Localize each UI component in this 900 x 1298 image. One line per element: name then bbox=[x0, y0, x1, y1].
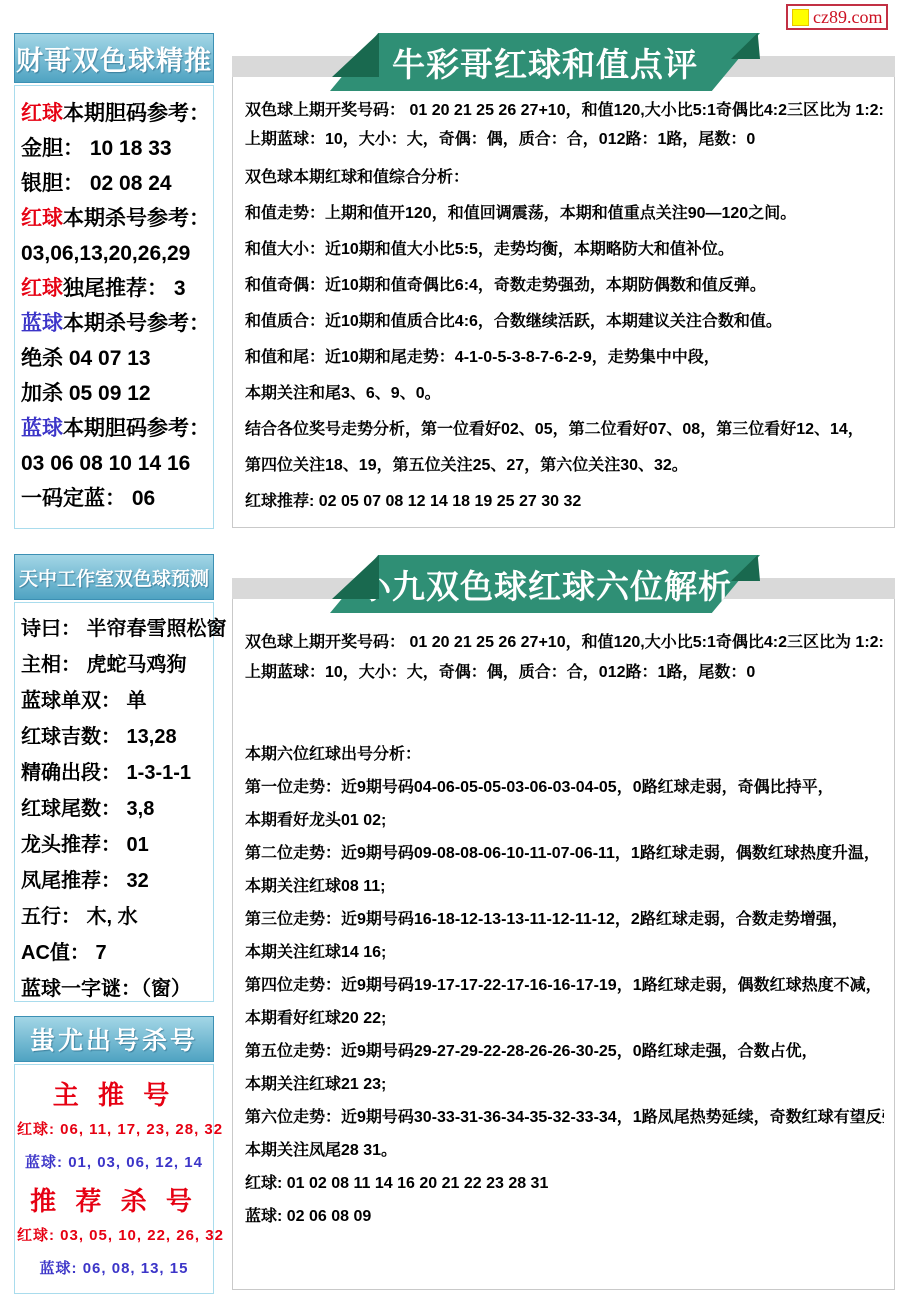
page: cz89.com 财哥双色球精推 红球本期胆码参考：金胆： 10 18 33银胆… bbox=[0, 0, 900, 1298]
prediction-line: 主相： 虎蛇马鸡狗 bbox=[21, 647, 211, 683]
analysis-line: 双色球本期红球和值综合分析： bbox=[245, 160, 884, 196]
text-segment: 03 06 08 10 14 16 bbox=[21, 452, 190, 475]
prediction-line: 推 荐 杀 号 bbox=[17, 1183, 211, 1219]
draw-summary-line: 双色球上期开奖号码： 01 20 21 25 26 27+10，和值120,大小… bbox=[245, 628, 884, 658]
prediction-line: 主 推 号 bbox=[17, 1077, 211, 1113]
text-segment: 红球: 03, 05, 10, 22, 26, 32 bbox=[17, 1227, 224, 1244]
prediction-line: 一码定蓝： 06 bbox=[21, 481, 209, 516]
analysis-line: 第四位走势：近9期号码19-17-17-22-17-16-16-17-19，1路… bbox=[245, 969, 884, 1002]
text-segment: 主相： 虎蛇马鸡狗 bbox=[21, 654, 187, 676]
prediction-line: 蓝球一字谜：（窗） bbox=[21, 971, 211, 1007]
prediction-line: 红球本期胆码参考： bbox=[21, 96, 209, 131]
text-segment: 和值和尾：近10期和尾走势：4-1-0-5-3-8-7-6-2-9，走势集中中段… bbox=[245, 349, 720, 366]
prediction-line: 龙头推荐： 01 bbox=[21, 827, 211, 863]
text-segment: 本期看好龙头01 02; bbox=[245, 812, 386, 829]
ribbon-fold-left-icon bbox=[332, 555, 379, 599]
text-segment: 金胆： 10 18 33 bbox=[21, 137, 172, 160]
text-segment: 蓝球: 02 06 08 09 bbox=[245, 1208, 371, 1225]
analysis-line: 第五位走势：近9期号码29-27-29-22-28-26-26-30-25，0路… bbox=[245, 1035, 884, 1068]
text-segment: 五行： 木, 水 bbox=[21, 906, 138, 928]
prediction-line: 红球本期杀号参考： bbox=[21, 201, 209, 236]
analysis-line: 和值和尾：近10期和尾走势：4-1-0-5-3-8-7-6-2-9，走势集中中段… bbox=[245, 340, 884, 376]
text-segment: 上期蓝球：10，大小：大，奇偶：偶，质合：合，012路：1路，尾数：0 bbox=[245, 131, 755, 148]
sum-value-analysis: 双色球本期红球和值综合分析：和值走势：上期和值开120，和值回调震荡，本期和值重… bbox=[245, 160, 884, 520]
prediction-line: 银胆： 02 08 24 bbox=[21, 166, 209, 201]
text-segment: 蓝球 bbox=[21, 312, 63, 335]
text-segment: 红球尾数： 3,8 bbox=[21, 798, 154, 820]
text-segment: 本期六位红球出号分析： bbox=[245, 746, 421, 763]
text-segment: 一码定蓝： 06 bbox=[21, 487, 155, 510]
panel-xiaojiu-jiexi: 小九双色球红球六位解析 双色球上期开奖号码： 01 20 21 25 26 27… bbox=[232, 555, 895, 1290]
prediction-line: 红球独尾推荐： 3 bbox=[21, 271, 209, 306]
text-segment: 蓝球: 06, 08, 13, 15 bbox=[40, 1260, 189, 1277]
text-segment: 推 荐 杀 号 bbox=[30, 1186, 198, 1216]
text-segment: 本期关注红球21 23; bbox=[245, 1076, 386, 1093]
text-segment: 龙头推荐： 01 bbox=[21, 834, 149, 856]
panel-caige-title: 财哥双色球精推 bbox=[14, 33, 214, 83]
draw-summary-line: 上期蓝球：10，大小：大，奇偶：偶，质合：合，012路：1路，尾数：0 bbox=[245, 125, 884, 154]
prediction-line: 红球: 06, 11, 17, 23, 28, 32 bbox=[17, 1113, 211, 1146]
text-segment: 本期关注和尾3、6、9、0。 bbox=[245, 385, 441, 402]
text-segment: 诗曰： 半帘春雪照松窗 bbox=[21, 618, 227, 640]
panel-niucaige-title: 牛彩哥红球和值点评 bbox=[330, 33, 760, 91]
text-segment: 独尾推荐： 3 bbox=[63, 277, 186, 300]
text-segment: 银胆： 02 08 24 bbox=[21, 172, 172, 195]
six-position-analysis: 本期六位红球出号分析：第一位走势：近9期号码04-06-05-05-03-06-… bbox=[245, 738, 884, 1233]
text-segment: 双色球上期开奖号码： 01 20 21 25 26 27+10，和值120,大小… bbox=[245, 634, 884, 651]
text-segment: 红球 bbox=[21, 207, 63, 230]
text-segment: 本期杀号参考： bbox=[63, 207, 210, 230]
prediction-line: 精确出段： 1-3-1-1 bbox=[21, 755, 211, 791]
panel-caige-jingtui: 财哥双色球精推 红球本期胆码参考：金胆： 10 18 33银胆： 02 08 2… bbox=[14, 33, 214, 529]
analysis-line: 本期关注红球21 23; bbox=[245, 1068, 884, 1101]
text-segment: 和值奇偶：近10期和值奇偶比6:4，奇数走势强劲，本期防偶数和值反弹。 bbox=[245, 277, 766, 294]
text-segment: 绝杀 04 07 13 bbox=[21, 347, 151, 370]
text-segment: 第一位走势：近9期号码04-06-05-05-03-06-03-04-05，0路… bbox=[245, 779, 834, 796]
analysis-line: 和值质合：近10期和值质合比4:6，合数继续活跃，本期建议关注合数和值。 bbox=[245, 304, 884, 340]
panel-xiaojiu-title: 小九双色球红球六位解析 bbox=[330, 555, 760, 613]
analysis-line: 第一位走势：近9期号码04-06-05-05-03-06-03-04-05，0路… bbox=[245, 771, 884, 804]
panel-chiyou-body: 主 推 号红球: 06, 11, 17, 23, 28, 32蓝球: 01, 0… bbox=[14, 1064, 214, 1294]
text-segment: 红球吉数： 13,28 bbox=[21, 726, 177, 748]
analysis-line: 和值走势：上期和值开120，和值回调震荡，本期和值重点关注90—120之间。 bbox=[245, 196, 884, 232]
text-segment: 第六位走势：近9期号码30-33-31-36-34-35-32-33-34，1路… bbox=[245, 1109, 884, 1126]
prediction-line: 蓝球: 01, 03, 06, 12, 14 bbox=[17, 1146, 211, 1179]
text-segment: 本期关注凤尾28 31。 bbox=[245, 1142, 397, 1159]
text-segment: 本期杀号参考： bbox=[63, 312, 210, 335]
yellow-square-icon bbox=[792, 9, 809, 26]
panel-niucaige-body: 双色球上期开奖号码： 01 20 21 25 26 27+10，和值120,大小… bbox=[232, 69, 895, 528]
ribbon-banner: 牛彩哥红球和值点评 bbox=[232, 33, 895, 91]
text-segment: 上期蓝球：10，大小：大，奇偶：偶，质合：合，012路：1路，尾数：0 bbox=[245, 664, 755, 681]
analysis-line: 第三位走势：近9期号码16-18-12-13-13-11-12-11-12，2路… bbox=[245, 903, 884, 936]
analysis-line: 和值大小：近10期和值大小比5:5，走势均衡，本期略防大和值补位。 bbox=[245, 232, 884, 268]
analysis-line: 本期关注和尾3、6、9、0。 bbox=[245, 376, 884, 412]
text-segment: 蓝球: 01, 03, 06, 12, 14 bbox=[25, 1154, 203, 1171]
analysis-line: 和值奇偶：近10期和值奇偶比6:4，奇数走势强劲，本期防偶数和值反弹。 bbox=[245, 268, 884, 304]
text-segment: 凤尾推荐： 32 bbox=[21, 870, 149, 892]
prediction-line: 凤尾推荐： 32 bbox=[21, 863, 211, 899]
prediction-line: 红球尾数： 3,8 bbox=[21, 791, 211, 827]
panel-tianzhong-body: 诗曰： 半帘春雪照松窗主相： 虎蛇马鸡狗蓝球单双： 单红球吉数： 13,28精确… bbox=[14, 602, 214, 1002]
text-segment: 本期胆码参考： bbox=[63, 102, 210, 125]
prediction-line: 蓝球本期胆码参考： bbox=[21, 411, 209, 446]
text-segment: 第三位走势：近9期号码16-18-12-13-13-11-12-11-12，2路… bbox=[245, 911, 848, 928]
site-logo-text: cz89.com bbox=[813, 8, 882, 26]
analysis-line: 蓝球: 02 06 08 09 bbox=[245, 1200, 884, 1233]
text-segment: 蓝球单双： 单 bbox=[21, 690, 147, 712]
panel-niucaige-dianping: 牛彩哥红球和值点评 双色球上期开奖号码： 01 20 21 25 26 27+1… bbox=[232, 33, 895, 528]
text-segment: 第四位走势：近9期号码19-17-17-22-17-16-16-17-19，1路… bbox=[245, 977, 882, 994]
panel-chiyou-shahao: 蚩尤出号杀号 主 推 号红球: 06, 11, 17, 23, 28, 32蓝球… bbox=[14, 1016, 214, 1294]
analysis-line: 红球推荐: 02 05 07 08 12 14 18 19 25 27 30 3… bbox=[245, 484, 884, 520]
panel-xiaojiu-body: 双色球上期开奖号码： 01 20 21 25 26 27+10，和值120,大小… bbox=[232, 591, 895, 1290]
text-segment: 红球: 06, 11, 17, 23, 28, 32 bbox=[17, 1121, 223, 1138]
analysis-line: 本期看好龙头01 02; bbox=[245, 804, 884, 837]
text-segment: 第四位关注18、19，第五位关注25、27，第六位关注30、32。 bbox=[245, 457, 688, 474]
last-draw-summary: 双色球上期开奖号码： 01 20 21 25 26 27+10，和值120,大小… bbox=[245, 96, 884, 154]
prediction-line: 蓝球: 06, 08, 13, 15 bbox=[17, 1252, 211, 1285]
prediction-line: 绝杀 04 07 13 bbox=[21, 341, 209, 376]
text-segment: 03,06,13,20,26,29 bbox=[21, 242, 190, 265]
text-segment: 第五位走势：近9期号码29-27-29-22-28-26-26-30-25，0路… bbox=[245, 1043, 818, 1060]
text-segment: 双色球上期开奖号码： 01 20 21 25 26 27+10，和值120,大小… bbox=[245, 102, 884, 119]
analysis-line: 本期关注凤尾28 31。 bbox=[245, 1134, 884, 1167]
panel-caige-body: 红球本期胆码参考：金胆： 10 18 33银胆： 02 08 24红球本期杀号参… bbox=[14, 85, 214, 529]
prediction-line: 诗曰： 半帘春雪照松窗 bbox=[21, 611, 211, 647]
analysis-line: 结合各位奖号走势分析，第一位看好02、05，第二位看好07、08，第三位看好12… bbox=[245, 412, 884, 448]
prediction-line: 金胆： 10 18 33 bbox=[21, 131, 209, 166]
analysis-line: 红球: 01 02 08 11 14 16 20 21 22 23 28 31 bbox=[245, 1167, 884, 1200]
text-segment: 精确出段： 1-3-1-1 bbox=[21, 762, 191, 784]
text-segment: 本期关注红球14 16; bbox=[245, 944, 386, 961]
text-segment: 红球 bbox=[21, 277, 63, 300]
prediction-line: AC值： 7 bbox=[21, 935, 211, 971]
panel-tianzhong-title: 天中工作室双色球预测 bbox=[14, 554, 214, 600]
text-segment: 红球推荐: 02 05 07 08 12 14 18 19 25 27 30 3… bbox=[245, 493, 581, 510]
text-segment: 本期胆码参考： bbox=[63, 417, 210, 440]
text-segment: 本期看好红球20 22; bbox=[245, 1010, 386, 1027]
panel-chiyou-title: 蚩尤出号杀号 bbox=[14, 1016, 214, 1062]
prediction-line: 红球: 03, 05, 10, 22, 26, 32 bbox=[17, 1219, 211, 1252]
analysis-line: 第二位走势：近9期号码09-08-08-06-10-11-07-06-11，1路… bbox=[245, 837, 884, 870]
text-segment: 红球: 01 02 08 11 14 16 20 21 22 23 28 31 bbox=[245, 1175, 548, 1192]
text-segment: 第二位走势：近9期号码09-08-08-06-10-11-07-06-11，1路… bbox=[245, 845, 880, 862]
site-logo[interactable]: cz89.com bbox=[786, 4, 888, 30]
text-segment: 主 推 号 bbox=[53, 1080, 175, 1110]
prediction-line: 红球吉数： 13,28 bbox=[21, 719, 211, 755]
analysis-line: 第四位关注18、19，第五位关注25、27，第六位关注30、32。 bbox=[245, 448, 884, 484]
text-segment: AC值： 7 bbox=[21, 942, 107, 964]
prediction-line: 03 06 08 10 14 16 bbox=[21, 446, 209, 481]
text-segment: 结合各位奖号走势分析，第一位看好02、05，第二位看好07、08，第三位看好12… bbox=[245, 421, 864, 438]
prediction-line: 03,06,13,20,26,29 bbox=[21, 236, 209, 271]
text-segment: 蓝球一字谜：（窗） bbox=[21, 978, 191, 1000]
prediction-line: 五行： 木, 水 bbox=[21, 899, 211, 935]
prediction-line: 加杀 05 09 12 bbox=[21, 376, 209, 411]
panel-tianzhong-yuce: 天中工作室双色球预测 诗曰： 半帘春雪照松窗主相： 虎蛇马鸡狗蓝球单双： 单红球… bbox=[14, 554, 214, 1002]
ribbon-banner: 小九双色球红球六位解析 bbox=[232, 555, 895, 613]
analysis-line: 本期看好红球20 22; bbox=[245, 1002, 884, 1035]
text-segment: 和值质合：近10期和值质合比4:6，合数继续活跃，本期建议关注合数和值。 bbox=[245, 313, 782, 330]
text-segment: 和值大小：近10期和值大小比5:5，走势均衡，本期略防大和值补位。 bbox=[245, 241, 734, 258]
draw-summary-line: 双色球上期开奖号码： 01 20 21 25 26 27+10，和值120,大小… bbox=[245, 96, 884, 125]
text-segment: 和值走势：上期和值开120，和值回调震荡，本期和值重点关注90—120之间。 bbox=[245, 205, 796, 222]
text-segment: 蓝球 bbox=[21, 417, 63, 440]
analysis-line: 本期关注红球14 16; bbox=[245, 936, 884, 969]
text-segment: 加杀 05 09 12 bbox=[21, 382, 151, 405]
prediction-line: 蓝球单双： 单 bbox=[21, 683, 211, 719]
text-segment: 双色球本期红球和值综合分析： bbox=[245, 169, 469, 186]
prediction-line: 蓝球本期杀号参考： bbox=[21, 306, 209, 341]
text-segment: 红球 bbox=[21, 102, 63, 125]
analysis-line: 第六位走势：近9期号码30-33-31-36-34-35-32-33-34，1路… bbox=[245, 1101, 884, 1134]
last-draw-summary: 双色球上期开奖号码： 01 20 21 25 26 27+10，和值120,大小… bbox=[245, 628, 884, 688]
analysis-line: 本期关注红球08 11; bbox=[245, 870, 884, 903]
text-segment: 本期关注红球08 11; bbox=[245, 878, 386, 895]
analysis-line: 本期六位红球出号分析： bbox=[245, 738, 884, 771]
draw-summary-line: 上期蓝球：10，大小：大，奇偶：偶，质合：合，012路：1路，尾数：0 bbox=[245, 658, 884, 688]
